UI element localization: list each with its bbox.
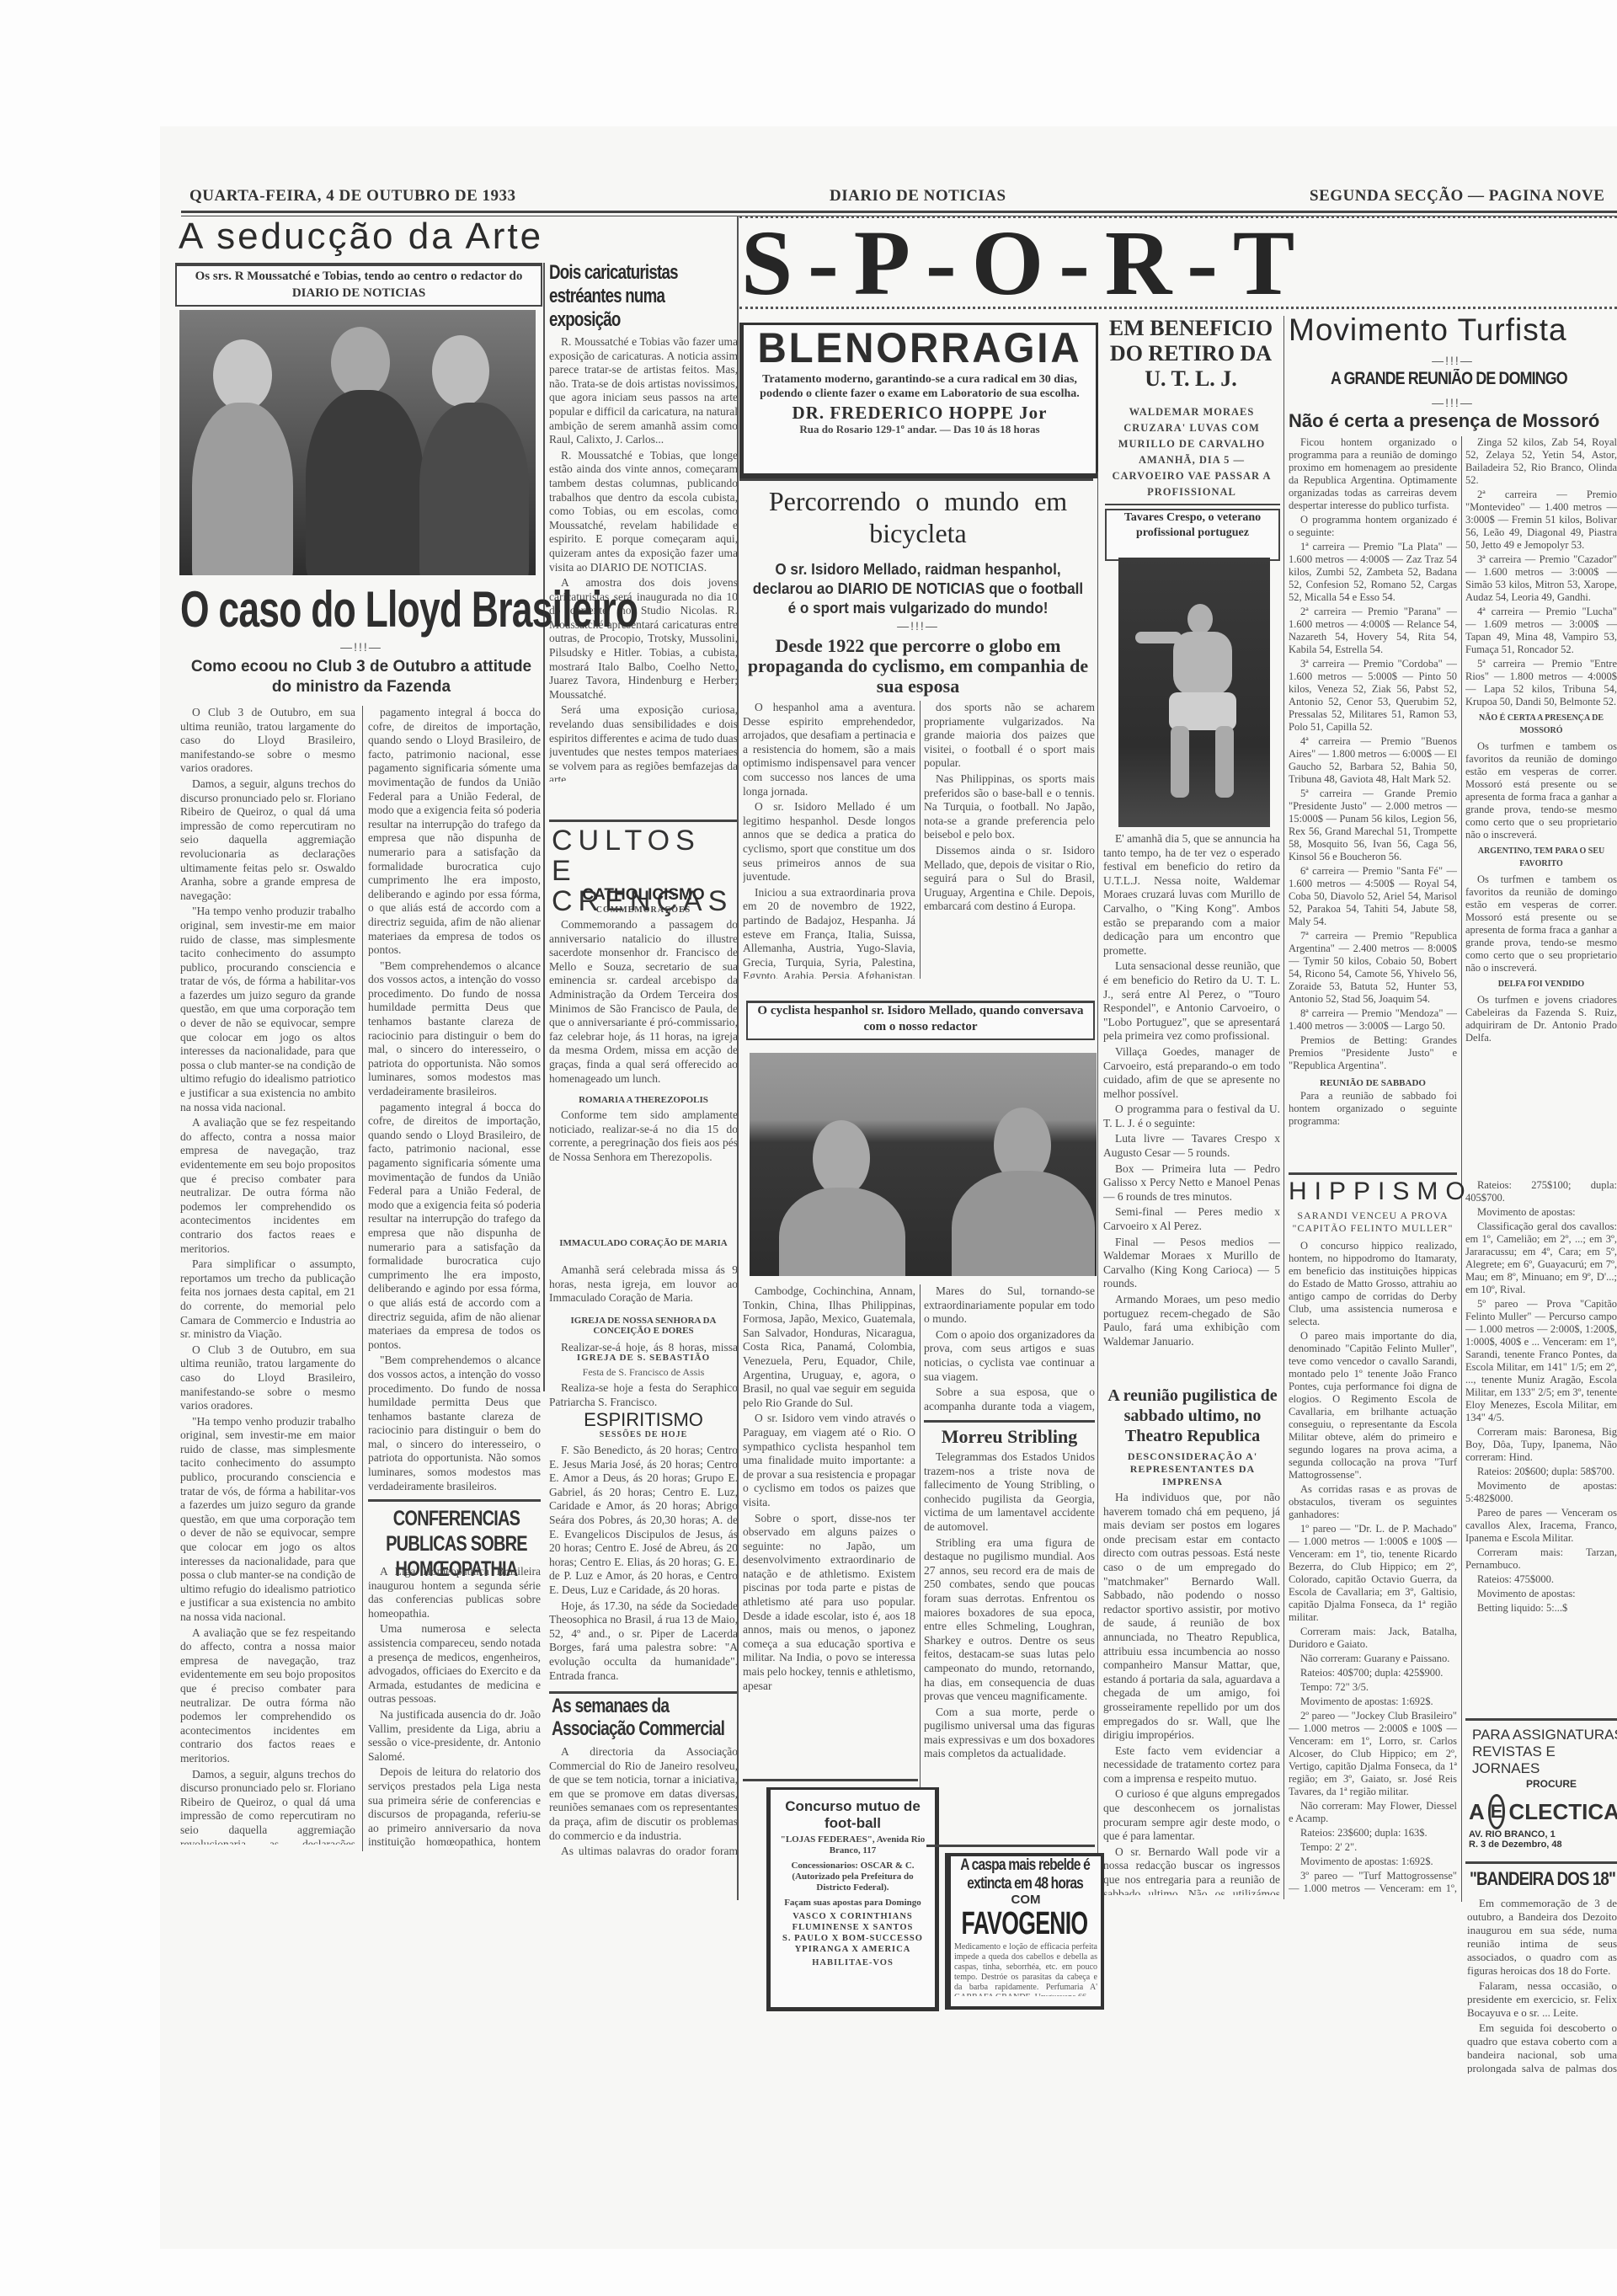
lloyd-column-1: O Club 3 de Outubro, em sua ultima reuni…	[180, 706, 355, 1845]
ecletica-line-1: PARA ASSIGNATURAS	[1465, 1727, 1617, 1743]
lloyd-column-2: pagamento integral á bocca do cofre, de …	[368, 706, 541, 1493]
sebastiao-title: IGREJA DE S. SEBASTIÃO	[549, 1353, 738, 1363]
turfista-deck: A GRANDE REUNIÃO DE DOMINGO	[1331, 369, 1617, 389]
section-rule	[549, 820, 738, 822]
hippismo-column-2: Rateios: 275$100; dupla: 405$700. Movime…	[1465, 1179, 1617, 1701]
paragraph: O sr. Isidoro Mellado é um legitimo hesp…	[743, 800, 915, 884]
paragraph: Movimento de apostas:	[1465, 1206, 1617, 1219]
lloyd-subheadline: Como ecoou no Club 3 de Outubro a attitu…	[180, 657, 542, 697]
paragraph: O sr. Isidoro vem vindo através o Paragu…	[743, 1412, 915, 1509]
paragraph: R. Moussatché e Tobias, que longe estão …	[549, 449, 738, 574]
ecletica-address-2: R. 3 de Dezembro, 48	[1465, 1839, 1617, 1850]
favogenio-ad: A caspa mais rebelde é extincta em 48 ho…	[945, 1853, 1104, 2010]
paragraph: "Ha tempo venho produzir trabalho origin…	[180, 1415, 355, 1625]
paragraph: Damos, a seguir, alguns trechos do discu…	[180, 1768, 355, 1845]
blenorragia-address: Rua do Rosario 129-1º andar. — Das 10 ás…	[744, 423, 1096, 436]
arte-headline: A seducção da Arte	[179, 217, 739, 261]
paragraph: Este facto vem evidenciar a necessidade …	[1103, 1744, 1280, 1786]
section-rule	[926, 1845, 1095, 1847]
utlj-body: E' amanhã dia 5, que se annuncia ha tant…	[1103, 832, 1280, 1380]
paragraph: Cambodge, Cochinchina, Annam, Tonkin, Ch…	[743, 1284, 915, 1410]
paragraph: Rateios: 40$700; dupla: 425$900.	[1289, 1667, 1457, 1679]
ecletica-brand: A E CLECTICA	[1465, 1794, 1617, 1829]
bandeira-body: Em commemoração de 3 de outubro, a Bande…	[1467, 1897, 1617, 2074]
paragraph: 5ª carreira — Premio "Entre Rios" — 1.80…	[1465, 658, 1617, 708]
paragraph: Semi-final — Peres medio x Carvoeiro x A…	[1103, 1205, 1280, 1233]
hippismo-headline: HIPPISMO	[1289, 1177, 1465, 1206]
masthead: QUARTA-FEIRA, 4 DE OUTUBRO DE 1933 DIARI…	[181, 187, 1617, 211]
person-body	[952, 1171, 1095, 1276]
commemoracoes-title: COMMEMORAÇÕES	[549, 905, 738, 915]
paragraph: Final — Pesos medios — Waldemar Moraes x…	[1103, 1236, 1280, 1291]
turfista-separator-1: —!!!—	[1289, 354, 1617, 367]
blenorragia-title: BLENORRAGIA	[752, 325, 1086, 371]
paragraph: Sobre a sua esposa, que o acompanha dura…	[924, 1386, 1095, 1415]
boxer-shorts	[1169, 692, 1236, 730]
paragraph: E' amanhã dia 5, que se annuncia ha tant…	[1103, 832, 1280, 958]
paragraph: Luta livre — Tavares Crespo x Augusto Ce…	[1103, 1132, 1280, 1160]
person-body	[192, 403, 293, 575]
column-divider	[362, 706, 363, 1851]
paragraph: Iniciou a sua extraordinaria prova em 20…	[743, 886, 915, 979]
column-divider	[1283, 316, 1284, 1899]
lloyd-separator: —!!!—	[180, 640, 542, 654]
paragraph: Realizar-se-á hoje, ás 8 horas, missa em…	[549, 1341, 738, 1353]
section-rule	[1465, 1718, 1617, 1721]
semanas-headline: As semanaes da Associação Commercial	[552, 1695, 734, 1740]
paragraph: 3º pareo — "Turf Mattogrossense" — 1.000…	[1289, 1870, 1457, 1897]
paragraph: Com o apoio dos organizadores da prova, …	[924, 1328, 1095, 1384]
utlj-deck: WALDEMAR MORAES CRUZARA' LUVAS COM MURIL…	[1103, 404, 1280, 500]
ecletica-brand-prefix: A	[1469, 1799, 1485, 1825]
person-head	[432, 335, 489, 407]
paragraph: Com a sua morte, perde o pugilismo unive…	[924, 1706, 1095, 1761]
paragraph: 7ª carreira — Premio "Republica Argentin…	[1289, 930, 1457, 1006]
section-rule	[1105, 504, 1280, 505]
paragraph: Rateios: 275$100; dupla: 405$700.	[1465, 1179, 1617, 1204]
romaria-title: ROMARIA A THEREZOPOLIS	[549, 1095, 738, 1105]
concurso-title: Concurso mutuo de foot-ball	[771, 1790, 935, 1832]
paragraph: Para simplificar o assumpto, reportamos …	[180, 1257, 355, 1342]
paragraph: "Ha tempo venho produzir trabalho origin…	[180, 905, 355, 1114]
paragraph: 1ª carreira — Premio "La Plata" — 1.600 …	[1289, 541, 1457, 604]
turfista-column-2: Zinga 52 kilos, Zab 54, Royal 52, Zelaya…	[1465, 436, 1617, 1177]
ecletica-procure: PROCURE	[1465, 1777, 1617, 1791]
arte-photo-caption: Os srs. R Moussatché e Tobias, tendo ao …	[175, 263, 542, 307]
arte-side-article: Dois caricaturistas estréantes numa expo…	[549, 261, 738, 782]
paragraph: A directoria da Associação Commercial do…	[549, 1745, 738, 1843]
boxer-leg	[1215, 726, 1234, 798]
paragraph: 2ª carreira — Premio "Parana" — 1.600 me…	[1289, 606, 1457, 656]
paragraph: O hespanhol ama a aventura. Desse espiri…	[743, 701, 915, 798]
match-item: S. PAULO X BOM-SUCCESSO	[771, 1933, 935, 1944]
paragraph: 4ª carreira — Premio "Lucha" — 1.609 met…	[1465, 606, 1617, 656]
paragraph: Rateios: 20$600; dupla: 58$700.	[1465, 1466, 1617, 1478]
paragraph: pagamento integral á bocca do cofre, de …	[368, 706, 541, 958]
paragraph: O programma para o festival da U. T. L. …	[1103, 1103, 1280, 1130]
paragraph: Não correram: May Flower, Diessel e Acam…	[1289, 1800, 1457, 1825]
blenorragia-text: Tratamento moderno, garantindo-se a cura…	[744, 371, 1096, 403]
paragraph: O pareo mais importante do dia, denomina…	[1289, 1330, 1457, 1482]
paragraph: A avaliação que se fez respeitando do af…	[180, 1626, 355, 1766]
paragraph: Será uma exposição curiosa, revelando du…	[549, 703, 738, 782]
paragraph: Em commemoração de 3 de outubro, a Bande…	[1467, 1897, 1617, 1978]
paragraph: Commemorando a passagem do anniversario …	[549, 918, 738, 1086]
paragraph: 4ª carreira — Premio "Buenos Aires" — 1.…	[1289, 735, 1457, 786]
boxer-torso	[1173, 632, 1232, 695]
blenorragia-doctor: DR. FREDERICO HOPPE Jor	[744, 403, 1096, 423]
section-rule	[1289, 1172, 1457, 1175]
ecletica-logo-e: E	[1488, 1794, 1506, 1829]
concurso-call: Façam suas apostas para Domingo	[771, 1895, 935, 1911]
paragraph: Armando Moraes, um peso medio portuguez …	[1103, 1293, 1280, 1348]
masthead-section: SEGUNDA SECÇÃO — PAGINA NOVE	[1310, 187, 1604, 206]
sessoes-title: SESSÕES DE HOJE	[549, 1430, 738, 1439]
romaria-body: Conforme tem sido amplamente noticiado, …	[549, 1108, 738, 1235]
concurso-ad: Concurso mutuo de foot-ball "LOJAS FEDER…	[766, 1787, 939, 2011]
favogenio-headline: A caspa mais rebelde é extincta em 48 ho…	[951, 1856, 1099, 1893]
catholicismo-title: CATHOLICISMO	[549, 887, 738, 904]
catholicismo-body: Commemorando a passagem do anniversario …	[549, 918, 738, 1095]
masthead-paper-name: DIARIO DE NOTICIAS	[830, 187, 1006, 206]
person-body	[779, 1188, 905, 1276]
person-head	[213, 339, 272, 411]
paragraph: 3ª carreira — Premio "Cordoba" — 1.600 m…	[1289, 658, 1457, 734]
lloyd-headline: O caso do Lloyd Brasileiro	[180, 581, 529, 638]
bicicleta-separator: —!!!—	[741, 619, 1095, 633]
turfista-column-1: Ficou hontem organizado o programma para…	[1289, 436, 1457, 1177]
paragraph: 1º pareo — "Dr. L. de P. Machado" — 1.00…	[1289, 1523, 1457, 1624]
paragraph: Luta sensacional desse reunião, que é em…	[1103, 959, 1280, 1044]
turfista-subdeck: Não é certa a presença de Mossoró	[1289, 410, 1617, 432]
ecletica-ad: PARA ASSIGNATURAS REVISTAS E JORNAES PRO…	[1465, 1727, 1617, 1853]
person-head	[813, 1120, 870, 1196]
paragraph: Telegrammas dos Estados Unidos trazem-no…	[924, 1450, 1095, 1535]
argentina-title: ARGENTINO, TEM PARA O SEU FAVORITO	[1465, 845, 1617, 870]
paragraph: Em seguida foi descoberto o quadro que e…	[1467, 2021, 1617, 2074]
paragraph: As ultimas palavras do orador foram cobe…	[549, 1845, 738, 1855]
paragraph: "Bem comprehendemos o alcance dos vossos…	[368, 959, 541, 1099]
utlj-headline: EM BENEFICIO DO RETIRO DA U. T. L. J.	[1102, 316, 1280, 392]
paragraph: Correram mais: Jack, Batalha, Duridoro e…	[1289, 1626, 1457, 1651]
paragraph: Zinga 52 kilos, Zab 54, Royal 52, Zelaya…	[1465, 436, 1617, 487]
paragraph: Falaram, nessa occasião, o presidente em…	[1467, 1979, 1617, 2020]
dores-body: Realizar-se-á hoje, ás 8 horas, missa em…	[549, 1341, 738, 1353]
paragraph: O programma hontem organizado é o seguin…	[1289, 514, 1457, 539]
bicicleta-deck-1: O sr. Isidoro Mellado, raidman hespanhol…	[750, 560, 1086, 618]
section-rule	[549, 1691, 738, 1694]
semanas-body: A directoria da Associação Commercial do…	[549, 1745, 738, 1855]
pugilistica-deck: DESCONSIDERAÇÃO A' REPRESENTANTES DA IMP…	[1103, 1450, 1282, 1488]
sebastiao-subtitle: Festa de S. Francisco de Assis	[549, 1366, 738, 1379]
paragraph: R. Moussatché e Tobias vão fazer uma exp…	[549, 335, 738, 447]
column-divider	[920, 701, 921, 979]
bicicleta-column-2: dos sports não se acharem propriamente v…	[924, 701, 1095, 979]
turfista-headline: Movimento Turfista	[1289, 312, 1617, 349]
paragraph: Betting liquido: 5:...$	[1465, 1602, 1617, 1615]
paragraph: Damos, a seguir, alguns trechos do discu…	[180, 777, 355, 903]
paragraph: Os turfmen e tambem os favoritos da reun…	[1465, 740, 1617, 841]
bicicleta-headline: Percorrendo o mundo em bicycleta	[741, 485, 1095, 549]
column-divider	[737, 216, 739, 1900]
paragraph: 2ª carreira — Premio "Montevideo" — 1.40…	[1465, 489, 1617, 552]
paragraph: Hoje, ás 17.30, na séde da Sociedade The…	[549, 1599, 738, 1684]
paragraph: Premios de Betting: Grandes Premios "Pre…	[1289, 1034, 1457, 1072]
paragraph: 5ª carreira — Grande Premio "Presidente …	[1289, 788, 1457, 863]
column-divider	[1461, 436, 1462, 1902]
paragraph: O concurso hippico realizado, hontem, no…	[1289, 1240, 1457, 1328]
paragraph: O Club 3 de Outubro, em sua ultima reuni…	[180, 706, 355, 776]
paragraph: Na justificada ausencia do dr. João Vall…	[368, 1708, 541, 1764]
section-rule	[924, 1420, 1095, 1423]
paragraph: Mares do Sul, tornando-se extraordinaria…	[924, 1284, 1095, 1327]
boxer-leg	[1171, 726, 1189, 798]
arte-side-body: R. Moussatché e Tobias vão fazer uma exp…	[549, 335, 738, 782]
match-item: YPIRANGA X AMERICA	[771, 1944, 935, 1955]
stribling-headline: Morreu Stribling	[924, 1426, 1095, 1448]
ecletica-brand-rest: CLECTICA	[1508, 1799, 1617, 1825]
arte-photo	[179, 310, 536, 575]
paragraph: Uma numerosa e selecta assistencia compa…	[368, 1622, 541, 1706]
paragraph: Movimento de apostas: 1:692$.	[1289, 1695, 1457, 1708]
favogenio-com: COM	[951, 1893, 1101, 1907]
boxer-photo	[1118, 558, 1270, 827]
delfa-title: DELFA FOI VENDIDO	[1465, 978, 1617, 990]
paragraph: Conforme tem sido amplamente noticiado, …	[549, 1108, 738, 1164]
boxer-arm	[1135, 632, 1182, 643]
paragraph: O Club 3 de Outubro, em sua ultima reuni…	[180, 1343, 355, 1413]
match-item: VASCO X CORINTHIANS	[771, 1911, 935, 1922]
bicicleta-column-1: O hespanhol ama a aventura. Desse espiri…	[743, 701, 915, 979]
paragraph: Movimento de apostas:	[1465, 1588, 1617, 1600]
paragraph: Box — Primeira luta — Pedro Galisso x Pe…	[1103, 1162, 1280, 1204]
coracao-title: IMMACULADO CORAÇÃO DE MARIA	[549, 1238, 738, 1248]
paragraph: A avaliação que se fez respeitando do af…	[180, 1116, 355, 1256]
section-rule	[739, 478, 1093, 481]
paragraph: pagamento integral á bocca do cofre, de …	[368, 1101, 541, 1353]
paragraph: Amanhã será celebrada missa ás 9 horas, …	[549, 1263, 738, 1306]
concurso-store: "LOJAS FEDERAES", Avenida Rio Branco, 11…	[771, 1832, 935, 1859]
paragraph: Para a reunião de sabbado foi hontem org…	[1289, 1090, 1457, 1128]
paragraph: 2º pareo — "Jockey Club Brasileiro" — 1.…	[1289, 1710, 1457, 1798]
reuniao-title: REUNIÃO DE SABBADO	[1289, 1077, 1457, 1090]
bicicleta-photo-caption: O cyclista hespanhol sr. Isidoro Mellado…	[746, 1001, 1095, 1040]
ecletica-line-2: REVISTAS E	[1465, 1743, 1617, 1760]
arte-side-headline: Dois caricaturistas estréantes numa expo…	[549, 261, 736, 332]
utlj-photo-caption: Tavares Crespo, o veterano profissional …	[1105, 509, 1280, 561]
pugilistica-headline: A reunião pugilistica de sabbado ultimo,…	[1103, 1386, 1282, 1446]
column-divider	[1097, 472, 1098, 1937]
hippismo-deck: SARANDI VENCEU A PROVA "CAPITÃO FELINTO …	[1289, 1209, 1457, 1235]
paragraph: O curioso é que alguns empregados que de…	[1103, 1787, 1280, 1843]
paragraph: Dissemos ainda o sr. Isidoro Mellado, qu…	[924, 844, 1095, 914]
espiritismo-title: ESPIRITISMO	[549, 1410, 738, 1429]
paragraph: 3ª carreira — Premio "Cazador" — 1.600 m…	[1465, 553, 1617, 604]
paragraph: Classificação geral dos cavallos: em 1º,…	[1465, 1220, 1617, 1296]
section-rule	[1465, 1861, 1617, 1864]
bicicleta-photo	[750, 1053, 1097, 1276]
stribling-body: Telegrammas dos Estados Unidos trazem-no…	[924, 1450, 1095, 1779]
paragraph: Os turfmen e tambem os favoritos da reun…	[1465, 873, 1617, 974]
turfista-separator-2: —!!!—	[1289, 396, 1617, 409]
paragraph: 8ª carreira — Premio "Mendoza" — 1.400 m…	[1289, 1007, 1457, 1033]
paragraph: Correram mais: Baronesa, Big Boy, Dôa, T…	[1465, 1426, 1617, 1464]
paragraph: Depois de leitura do relatorio dos servi…	[368, 1765, 541, 1851]
match-item: FLUMINENSE X SANTOS	[771, 1922, 935, 1933]
concurso-concession: Concessionarios: OSCAR & C. (Autorizado …	[771, 1859, 935, 1895]
paragraph: A Liga Homeopathica Brasileira inaugurou…	[368, 1565, 541, 1621]
pugilistica-body: Ha individuos que, por não haverem tomad…	[1103, 1491, 1280, 1895]
paragraph: O sr. Bernardo Wall pode vir a nossa red…	[1103, 1845, 1280, 1895]
paragraph: Stribling era uma figura de destaque no …	[924, 1536, 1095, 1704]
section-rule	[368, 1499, 541, 1502]
ecletica-line-3: JORNAES	[1465, 1760, 1617, 1777]
paragraph: Realiza-se hoje a festa do Seraphico Pat…	[549, 1381, 738, 1409]
banner-dotted-rule	[739, 307, 1617, 309]
paragraph: Movimento de apostas: 5:482$000.	[1465, 1480, 1617, 1505]
concurso-matches: VASCO X CORINTHIANS FLUMINENSE X SANTOS …	[771, 1911, 935, 1955]
paragraph: Nas Philippinas, os sports mais preferid…	[924, 772, 1095, 842]
mossoro-title: NÃO É CERTA A PRESENÇA DE MOSSORÓ	[1465, 712, 1617, 737]
masthead-rule	[181, 211, 1617, 213]
paragraph: Pareo de pares — Venceram os cavallos Al…	[1465, 1507, 1617, 1545]
conferencias-body: A Liga Homeopathica Brasileira inaugurou…	[368, 1565, 541, 1851]
paragraph: Rateios: 475$000.	[1465, 1573, 1617, 1586]
paragraph: As corridas rasas e as provas de obstacu…	[1289, 1483, 1457, 1521]
favogenio-text: Medicamento e loção de efficacia perfeit…	[951, 1941, 1101, 1996]
paragraph: Tempo: 2' 2".	[1289, 1841, 1457, 1854]
coracao-body: Amanhã será celebrada missa ás 9 horas, …	[549, 1263, 738, 1314]
sport-banner: S-P-O-R-T	[741, 221, 1617, 307]
person-body	[419, 403, 529, 575]
paragraph: Ha individuos que, por não haverem tomad…	[1103, 1491, 1280, 1743]
bicicleta-column-3: Cambodge, Cochinchina, Annam, Tonkin, Ch…	[743, 1284, 915, 1773]
paragraph: Sobre o sport, disse-nos ter observado e…	[743, 1512, 915, 1694]
blenorragia-ad: BLENORRAGIA Tratamento moderno, garantin…	[739, 323, 1098, 478]
hippismo-column-1: O concurso hippico realizado, hontem, no…	[1289, 1240, 1457, 1897]
paragraph: F. São Benedicto, ás 20 horas; Centro E.…	[549, 1444, 738, 1598]
person-head	[331, 327, 390, 398]
paragraph: Tempo: 72" 3/5.	[1289, 1681, 1457, 1694]
paragraph: Os turfmen e jovens criadores Cabeleiras…	[1465, 994, 1617, 1044]
boxer-head	[1187, 604, 1213, 634]
bicicleta-deck-2: Desde 1922 que percorre o globo em propa…	[741, 636, 1095, 697]
paragraph: Villaça Goedes, manager de Carvoeiro, es…	[1103, 1045, 1280, 1101]
paragraph: dos sports não se acharem propriamente v…	[924, 701, 1095, 771]
section-rule	[743, 1779, 918, 1781]
person-body	[306, 390, 424, 575]
paragraph: Movimento de apostas: 1:692$.	[1289, 1855, 1457, 1868]
paragraph: Ficou hontem organizado o programma para…	[1289, 436, 1457, 512]
bicicleta-column-4: Mares do Sul, tornando-se extraordinaria…	[924, 1284, 1095, 1415]
masthead-date: QUARTA-FEIRA, 4 DE OUTUBRO DE 1933	[189, 187, 516, 206]
sebastiao-body: Realiza-se hoje a festa do Seraphico Pat…	[549, 1381, 738, 1410]
column-divider	[543, 263, 545, 1391]
paragraph: Rateios: 23$600; dupla: 163$.	[1289, 1827, 1457, 1839]
dores-title: IGREJA DE NOSSA SENHORA DA CONCEIÇÃO E D…	[549, 1316, 738, 1336]
paragraph: 5º pareo — Prova "Capitão Felinto Muller…	[1465, 1298, 1617, 1424]
paragraph: "Bem comprehendemos o alcance dos vossos…	[368, 1354, 541, 1493]
paragraph: Correram mais: Tarzan, Pernambuco.	[1465, 1546, 1617, 1572]
espiritismo-body: F. São Benedicto, ás 20 horas; Centro E.…	[549, 1444, 738, 1688]
bandeira-headline: "BANDEIRA DOS 18"	[1470, 1868, 1617, 1890]
concurso-footer: HABILITAE-VOS	[771, 1955, 935, 1972]
paragraph: 6ª carreira — Premio "Santa Fé" — 1.600 …	[1289, 865, 1457, 928]
paragraph: Não correram: Guarany e Paissano.	[1289, 1653, 1457, 1665]
favogenio-brand: FAVOGENIO	[951, 1907, 1098, 1941]
banner-dotted-rule	[739, 216, 1617, 218]
ecletica-address-1: AV. RIO BRANCO, 1	[1465, 1829, 1617, 1839]
